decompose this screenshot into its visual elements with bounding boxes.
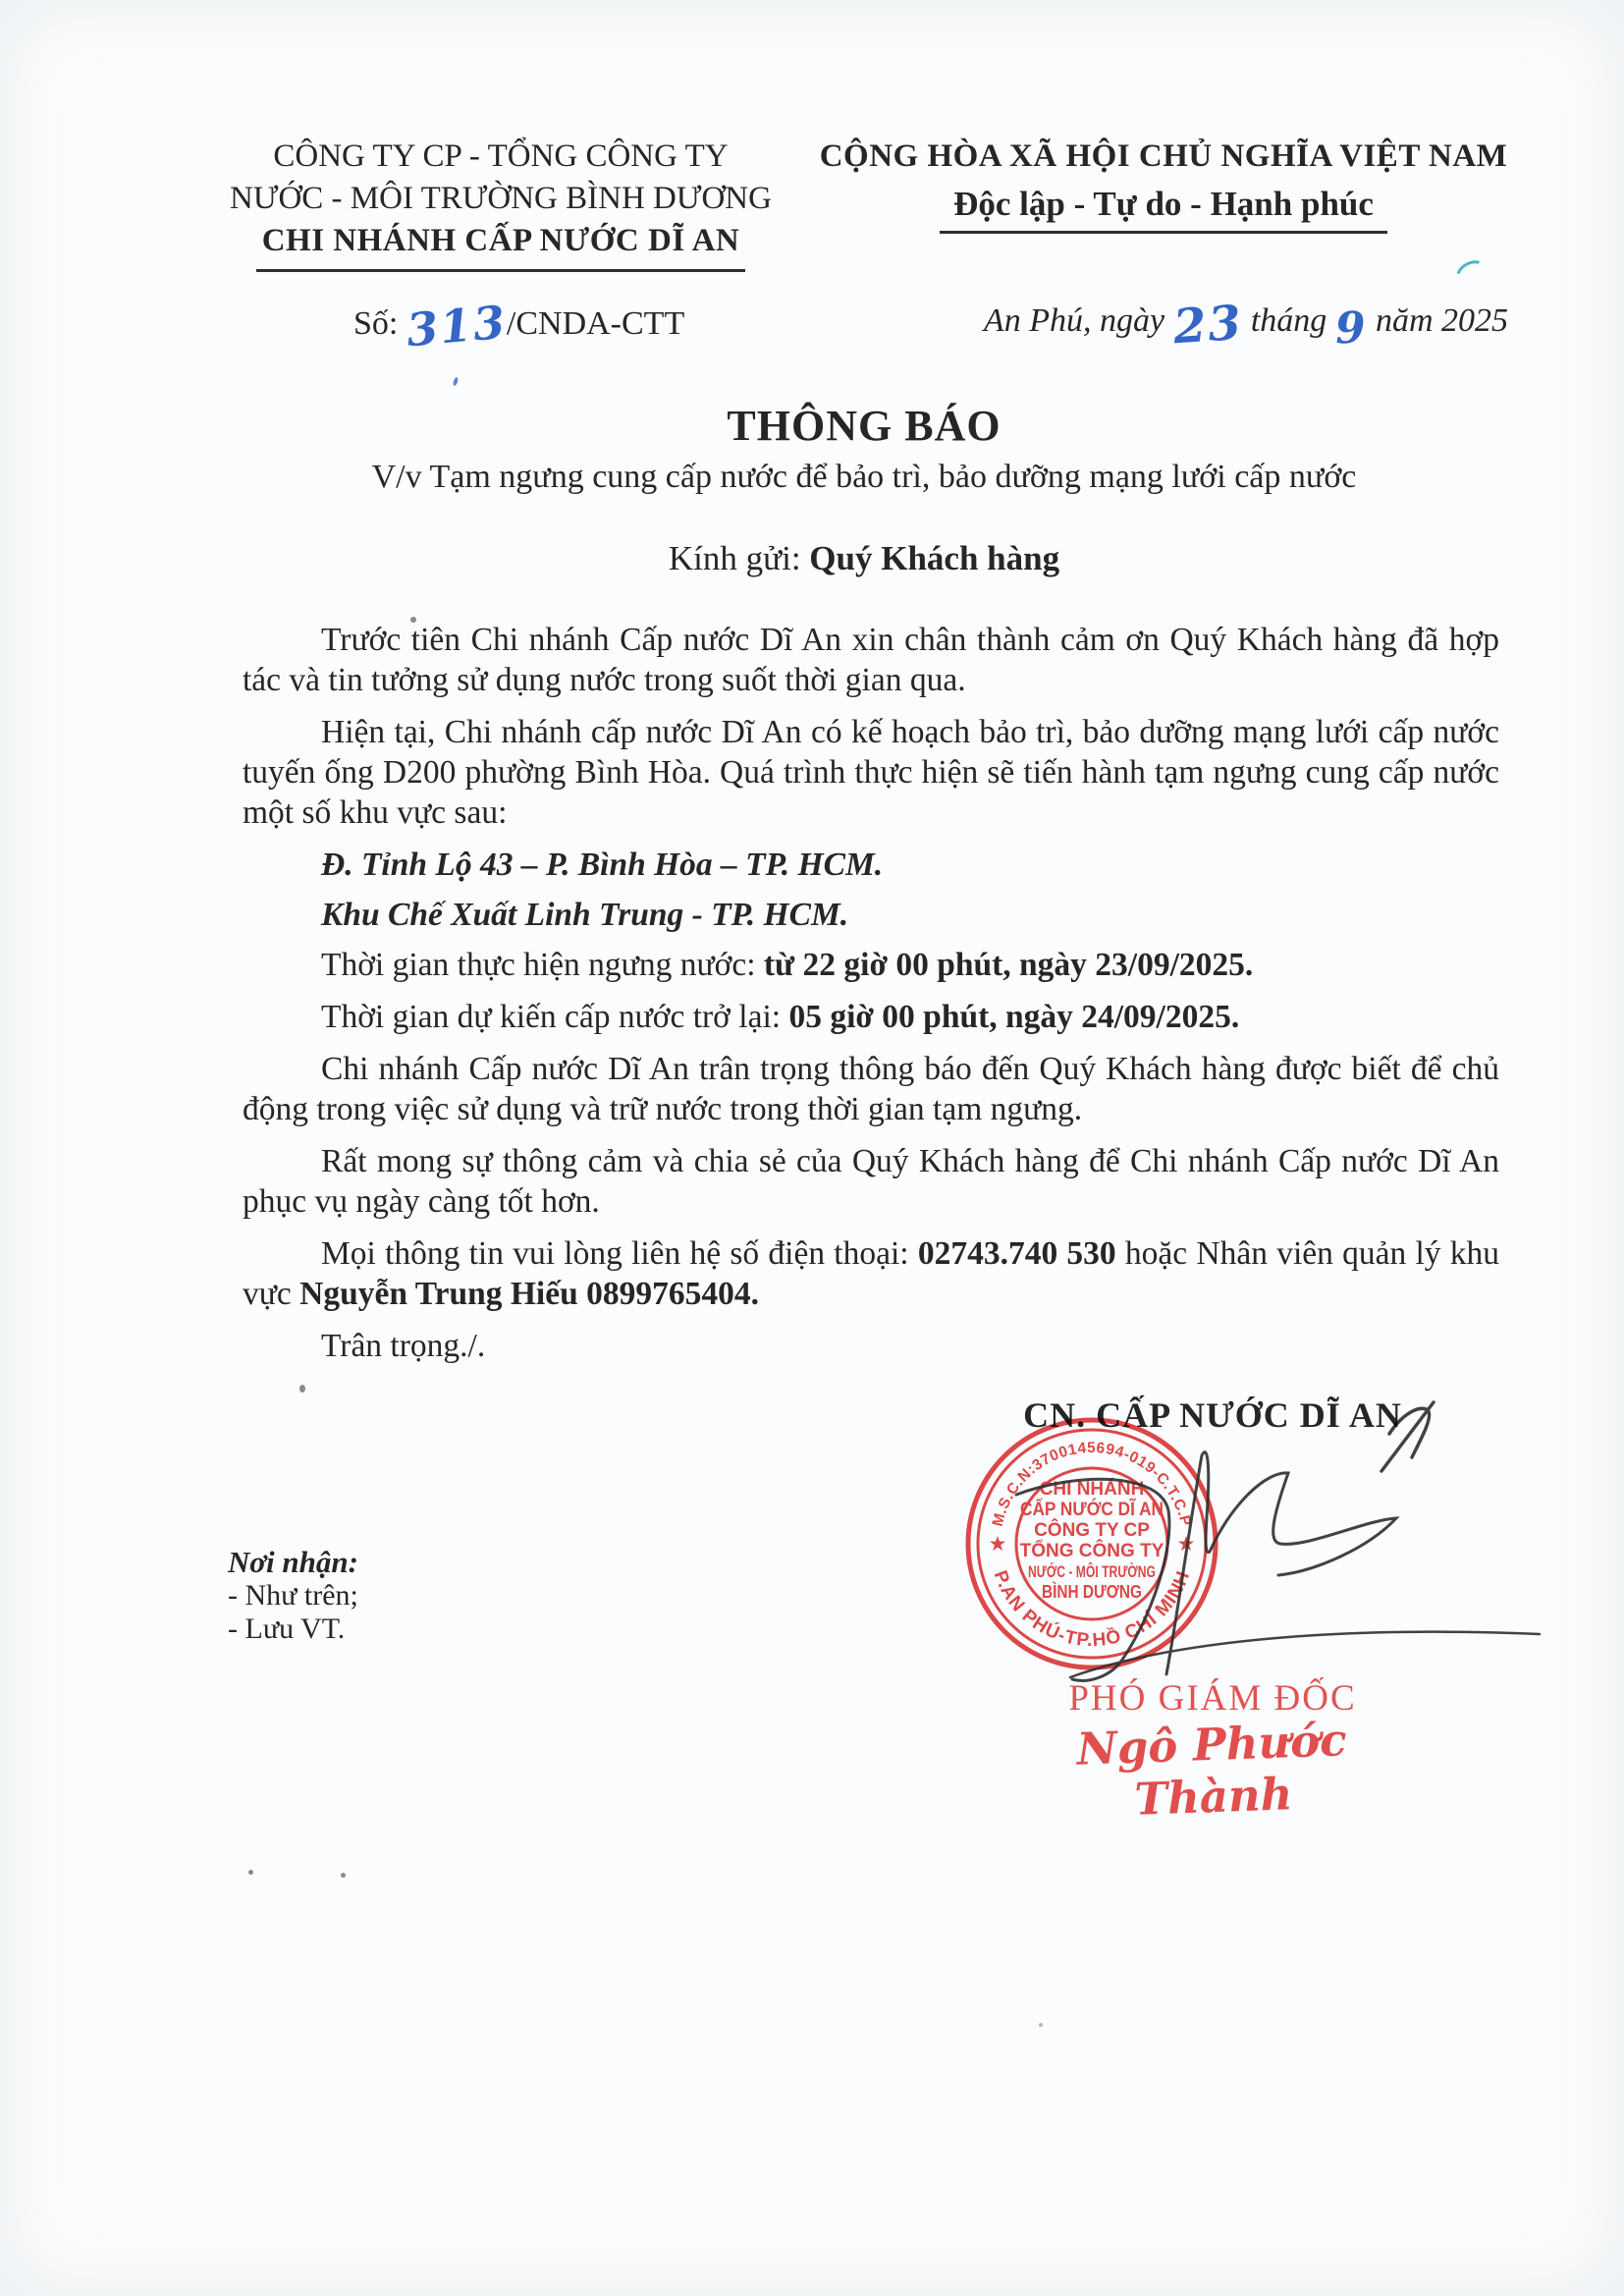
seal-center-text: CHI NHÁNH CẤP NƯỚC DĨ AN CÔNG TY CP TỔNG…: [1020, 1478, 1164, 1602]
paragraph-apology: Rất mong sự thông cảm và chia sẻ của Quý…: [243, 1141, 1499, 1222]
date-day-handwritten: 23: [1173, 323, 1243, 328]
salutation-recipient: Quý Khách hàng: [809, 539, 1059, 577]
scan-speck: [1039, 2023, 1043, 2027]
date-part2: tháng: [1251, 302, 1326, 339]
signer-name: Ngô Phước Thành: [995, 1711, 1430, 1830]
salutation-label: Kính gửi:: [669, 539, 801, 577]
seal-center-line: TỔNG CÔNG TY: [1020, 1540, 1164, 1561]
document-number: Số: 313/CNDA-CTT: [353, 305, 684, 343]
document-page: CÔNG TY CP - TỔNG CÔNG TY NƯỚC - MÔI TRƯ…: [0, 0, 1624, 2296]
scan-speck: [299, 1385, 305, 1393]
issuer-line1: CÔNG TY CP - TỔNG CÔNG TY: [157, 136, 844, 178]
paragraph-intro: Trước tiên Chi nhánh Cấp nước Dĩ An xin …: [243, 620, 1499, 700]
scan-mark: [1450, 254, 1495, 297]
stop-time-value: từ 22 giờ 00 phút, ngày 23/09/2025.: [764, 947, 1253, 983]
recipients-label: Nơi nhận:: [228, 1546, 358, 1579]
scan-speck: [248, 1870, 253, 1875]
closing-line: Trân trọng./.: [243, 1326, 1499, 1366]
contact-phone: 02743.740 530: [918, 1235, 1116, 1272]
date-part1: An Phú, ngày: [984, 302, 1164, 339]
national-motto-line2: Độc lập - Tự do - Hạnh phúc: [940, 185, 1387, 234]
seal-middle-ring: [978, 1430, 1206, 1658]
signing-org-line: CN. CẤP NƯỚC DĨ AN: [982, 1394, 1443, 1436]
paragraph-plan: Hiện tại, Chi nhánh cấp nước Dĩ An có kế…: [243, 712, 1499, 833]
national-header: CỘNG HÒA XÃ HỘI CHỦ NGHĨA VIỆT NAM Độc l…: [815, 136, 1512, 234]
salutation: Kính gửi: Quý Khách hàng: [236, 539, 1492, 578]
page-title: THÔNG BÁO: [236, 401, 1492, 451]
stop-time-label: Thời gian thực hiện ngưng nước:: [321, 947, 756, 983]
date-month-handwritten: 9: [1335, 328, 1368, 329]
scan-speck: [410, 617, 416, 623]
place-date-line: An Phú, ngày 23 tháng 9 năm 2025: [984, 302, 1508, 340]
seal-center-line: BÌNH DƯƠNG: [1042, 1581, 1142, 1602]
seal-center-line: NƯỚC - MÔI TRƯỜNG: [1028, 1562, 1156, 1581]
seal-center-line: CHI NHÁNH: [1040, 1478, 1145, 1500]
date-part3: năm 2025: [1376, 302, 1508, 339]
national-motto-line1: CỘNG HÒA XÃ HỘI CHỦ NGHĨA VIỆT NAM: [815, 136, 1512, 177]
seal-ring-bottom-text: P.AN PHÚ-TP.HỒ CHÍ MINH: [990, 1568, 1195, 1652]
issuer-branch-name: CHI NHÁNH CẤP NƯỚC DĨ AN: [256, 220, 746, 272]
recipients-block: Nơi nhận: - Như trên; - Lưu VT.: [228, 1546, 358, 1646]
issuer-block: CÔNG TY CP - TỔNG CÔNG TY NƯỚC - MÔI TRƯ…: [157, 136, 844, 272]
scan-speck: [453, 377, 460, 387]
affected-area-1: Đ. Tỉnh Lộ 43 – P. Bình Hòa – TP. HCM.: [243, 845, 1499, 885]
contact-pre: Mọi thông tin vui lòng liên hệ số điện t…: [321, 1235, 909, 1272]
seal-outer-ring: [968, 1420, 1216, 1667]
seal-center-line: CẤP NƯỚC DĨ AN: [1020, 1499, 1164, 1520]
recipient-item: - Lưu VT.: [228, 1613, 358, 1646]
resume-time-label: Thời gian dự kiến cấp nước trở lại:: [321, 999, 781, 1035]
paragraph-contact: Mọi thông tin vui lòng liên hệ số điện t…: [243, 1233, 1499, 1314]
resume-time-value: 05 giờ 00 phút, ngày 24/09/2025.: [788, 999, 1239, 1035]
seal-inner-ring: [1016, 1468, 1167, 1619]
affected-area-2: Khu Chế Xuất Linh Trung - TP. HCM.: [243, 895, 1499, 935]
body-text: Trước tiên Chi nhánh Cấp nước Dĩ An xin …: [243, 620, 1499, 1378]
doc-number-prefix: Số:: [353, 305, 398, 342]
seal-ring-top-text: M.S.C.N:3700145694-019-C.T.C.P: [990, 1440, 1195, 1528]
pen-signature: [1016, 1402, 1540, 1680]
doc-number-handwritten: 313: [406, 322, 507, 331]
company-seal: M.S.C.N:3700145694-019-C.T.C.P P.AN PHÚ-…: [968, 1420, 1216, 1667]
doc-number-suffix: /CNDA-CTT: [507, 305, 684, 342]
issuer-line2: NƯỚC - MÔI TRƯỜNG BÌNH DƯƠNG: [157, 178, 844, 220]
seal-center-line: CÔNG TY CP: [1034, 1519, 1150, 1541]
paragraph-notice: Chi nhánh Cấp nước Dĩ An trân trọng thôn…: [243, 1049, 1499, 1129]
subject-line: V/v Tạm ngưng cung cấp nước để bảo trì, …: [196, 459, 1532, 496]
contact-person: Nguyễn Trung Hiếu 0899765404.: [299, 1276, 759, 1312]
stop-time-line: Thời gian thực hiện ngưng nước: từ 22 gi…: [243, 945, 1499, 985]
star-icon: ★: [989, 1532, 1007, 1556]
resume-time-line: Thời gian dự kiến cấp nước trở lại: 05 g…: [243, 997, 1499, 1037]
recipient-item: - Như trên;: [228, 1579, 358, 1613]
star-icon: ★: [1177, 1532, 1196, 1556]
scan-speck: [341, 1873, 346, 1878]
